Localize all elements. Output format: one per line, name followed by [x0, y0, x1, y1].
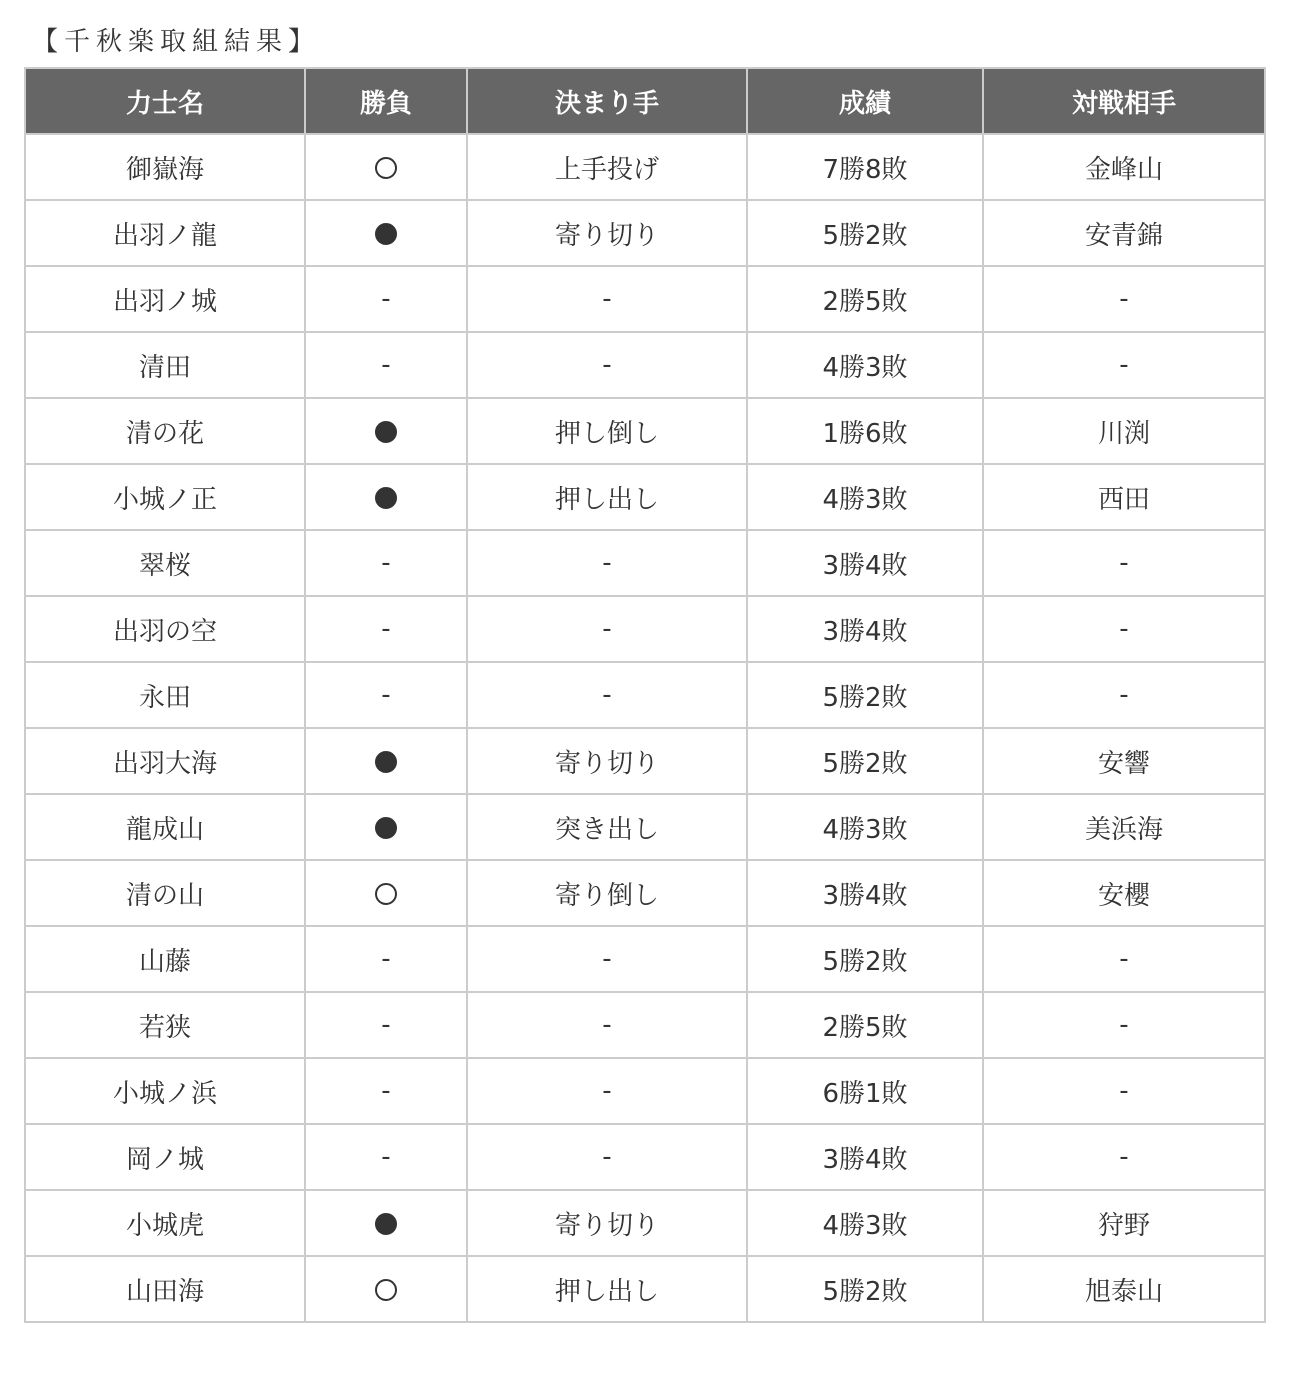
- header-wrestler-name: 力士名: [25, 68, 305, 134]
- black-circle-loss-icon: [375, 817, 397, 839]
- cell-wrestler-name: 小城虎: [25, 1190, 305, 1256]
- table-row: 出羽ノ城--2勝5敗-: [25, 266, 1265, 332]
- cell-record: 3勝4敗: [747, 596, 983, 662]
- table-row: 清の花押し倒し1勝6敗川渕: [25, 398, 1265, 464]
- table-row: 山田海押し出し5勝2敗旭泰山: [25, 1256, 1265, 1322]
- cell-wrestler-name: 出羽ノ龍: [25, 200, 305, 266]
- cell-result: [305, 860, 467, 926]
- cell-record: 5勝2敗: [747, 662, 983, 728]
- cell-result: -: [305, 926, 467, 992]
- cell-record: 2勝5敗: [747, 992, 983, 1058]
- cell-result: -: [305, 1058, 467, 1124]
- cell-kimarite: 押し出し: [467, 1256, 747, 1322]
- cell-result: [305, 134, 467, 200]
- cell-opponent: -: [983, 662, 1265, 728]
- cell-opponent: 金峰山: [983, 134, 1265, 200]
- cell-opponent: -: [983, 266, 1265, 332]
- table-row: 山藤--5勝2敗-: [25, 926, 1265, 992]
- cell-record: 5勝2敗: [747, 728, 983, 794]
- cell-opponent: 狩野: [983, 1190, 1265, 1256]
- cell-kimarite: -: [467, 992, 747, 1058]
- cell-record: 5勝2敗: [747, 1256, 983, 1322]
- cell-kimarite: -: [467, 332, 747, 398]
- table-row: 若狭--2勝5敗-: [25, 992, 1265, 1058]
- cell-result: [305, 398, 467, 464]
- table-row: 出羽ノ龍寄り切り5勝2敗安青錦: [25, 200, 1265, 266]
- table-row: 小城ノ正押し出し4勝3敗西田: [25, 464, 1265, 530]
- cell-result: [305, 200, 467, 266]
- cell-wrestler-name: 出羽ノ城: [25, 266, 305, 332]
- table-row: 清の山寄り倒し3勝4敗安櫻: [25, 860, 1265, 926]
- cell-record: 6勝1敗: [747, 1058, 983, 1124]
- black-circle-loss-icon: [375, 751, 397, 773]
- cell-result: -: [305, 266, 467, 332]
- table-row: 出羽の空--3勝4敗-: [25, 596, 1265, 662]
- header-kimarite: 決まり手: [467, 68, 747, 134]
- cell-result: [305, 1256, 467, 1322]
- header-result: 勝負: [305, 68, 467, 134]
- cell-wrestler-name: 永田: [25, 662, 305, 728]
- table-row: 出羽大海寄り切り5勝2敗安響: [25, 728, 1265, 794]
- cell-result: -: [305, 332, 467, 398]
- cell-kimarite: 寄り切り: [467, 200, 747, 266]
- cell-wrestler-name: 山藤: [25, 926, 305, 992]
- cell-record: 2勝5敗: [747, 266, 983, 332]
- cell-record: 3勝4敗: [747, 860, 983, 926]
- cell-kimarite: 上手投げ: [467, 134, 747, 200]
- cell-opponent: 旭泰山: [983, 1256, 1265, 1322]
- table-row: 御嶽海上手投げ7勝8敗金峰山: [25, 134, 1265, 200]
- cell-result: -: [305, 596, 467, 662]
- table-row: 小城ノ浜--6勝1敗-: [25, 1058, 1265, 1124]
- cell-wrestler-name: 岡ノ城: [25, 1124, 305, 1190]
- black-circle-loss-icon: [375, 223, 397, 245]
- bout-results-table: 力士名 勝負 決まり手 成績 対戦相手 御嶽海上手投げ7勝8敗金峰山出羽ノ龍寄り…: [24, 67, 1266, 1323]
- cell-kimarite: 突き出し: [467, 794, 747, 860]
- cell-opponent: 安響: [983, 728, 1265, 794]
- cell-result: -: [305, 662, 467, 728]
- table-body: 御嶽海上手投げ7勝8敗金峰山出羽ノ龍寄り切り5勝2敗安青錦出羽ノ城--2勝5敗-…: [25, 134, 1265, 1322]
- cell-opponent: -: [983, 1058, 1265, 1124]
- white-circle-win-icon: [375, 1279, 397, 1301]
- cell-kimarite: 寄り倒し: [467, 860, 747, 926]
- cell-result: -: [305, 530, 467, 596]
- header-record: 成績: [747, 68, 983, 134]
- white-circle-win-icon: [375, 883, 397, 905]
- cell-kimarite: -: [467, 662, 747, 728]
- cell-result: -: [305, 992, 467, 1058]
- cell-opponent: 美浜海: [983, 794, 1265, 860]
- cell-result: [305, 464, 467, 530]
- cell-record: 3勝4敗: [747, 1124, 983, 1190]
- header-opponent: 対戦相手: [983, 68, 1265, 134]
- black-circle-loss-icon: [375, 1213, 397, 1235]
- black-circle-loss-icon: [375, 421, 397, 443]
- cell-record: 1勝6敗: [747, 398, 983, 464]
- cell-result: [305, 728, 467, 794]
- cell-wrestler-name: 小城ノ浜: [25, 1058, 305, 1124]
- cell-record: 5勝2敗: [747, 200, 983, 266]
- cell-record: 3勝4敗: [747, 530, 983, 596]
- table-caption: 【千秋楽取組結果】: [32, 22, 320, 62]
- cell-opponent: -: [983, 596, 1265, 662]
- table-header-row: 力士名 勝負 決まり手 成績 対戦相手: [25, 68, 1265, 134]
- table-row: 清田--4勝3敗-: [25, 332, 1265, 398]
- cell-kimarite: 寄り切り: [467, 1190, 747, 1256]
- cell-kimarite: -: [467, 926, 747, 992]
- cell-wrestler-name: 翠桜: [25, 530, 305, 596]
- cell-kimarite: 寄り切り: [467, 728, 747, 794]
- cell-wrestler-name: 若狭: [25, 992, 305, 1058]
- cell-opponent: 川渕: [983, 398, 1265, 464]
- white-circle-win-icon: [375, 157, 397, 179]
- cell-wrestler-name: 出羽大海: [25, 728, 305, 794]
- cell-opponent: -: [983, 992, 1265, 1058]
- cell-wrestler-name: 小城ノ正: [25, 464, 305, 530]
- cell-wrestler-name: 山田海: [25, 1256, 305, 1322]
- cell-opponent: 安青錦: [983, 200, 1265, 266]
- cell-record: 4勝3敗: [747, 794, 983, 860]
- table-row: 龍成山突き出し4勝3敗美浜海: [25, 794, 1265, 860]
- cell-wrestler-name: 龍成山: [25, 794, 305, 860]
- cell-result: -: [305, 1124, 467, 1190]
- cell-wrestler-name: 出羽の空: [25, 596, 305, 662]
- cell-wrestler-name: 清の山: [25, 860, 305, 926]
- cell-opponent: -: [983, 530, 1265, 596]
- black-circle-loss-icon: [375, 487, 397, 509]
- cell-wrestler-name: 清の花: [25, 398, 305, 464]
- table-row: 岡ノ城--3勝4敗-: [25, 1124, 1265, 1190]
- table-row: 小城虎寄り切り4勝3敗狩野: [25, 1190, 1265, 1256]
- cell-kimarite: 押し倒し: [467, 398, 747, 464]
- cell-result: [305, 794, 467, 860]
- cell-kimarite: 押し出し: [467, 464, 747, 530]
- cell-opponent: -: [983, 332, 1265, 398]
- cell-kimarite: -: [467, 1058, 747, 1124]
- cell-opponent: -: [983, 1124, 1265, 1190]
- cell-record: 4勝3敗: [747, 464, 983, 530]
- table-row: 永田--5勝2敗-: [25, 662, 1265, 728]
- cell-opponent: 安櫻: [983, 860, 1265, 926]
- cell-wrestler-name: 清田: [25, 332, 305, 398]
- cell-record: 5勝2敗: [747, 926, 983, 992]
- cell-record: 7勝8敗: [747, 134, 983, 200]
- cell-kimarite: -: [467, 1124, 747, 1190]
- cell-kimarite: -: [467, 266, 747, 332]
- cell-wrestler-name: 御嶽海: [25, 134, 305, 200]
- cell-record: 4勝3敗: [747, 332, 983, 398]
- cell-opponent: 西田: [983, 464, 1265, 530]
- cell-result: [305, 1190, 467, 1256]
- cell-opponent: -: [983, 926, 1265, 992]
- cell-record: 4勝3敗: [747, 1190, 983, 1256]
- cell-kimarite: -: [467, 596, 747, 662]
- table-row: 翠桜--3勝4敗-: [25, 530, 1265, 596]
- cell-kimarite: -: [467, 530, 747, 596]
